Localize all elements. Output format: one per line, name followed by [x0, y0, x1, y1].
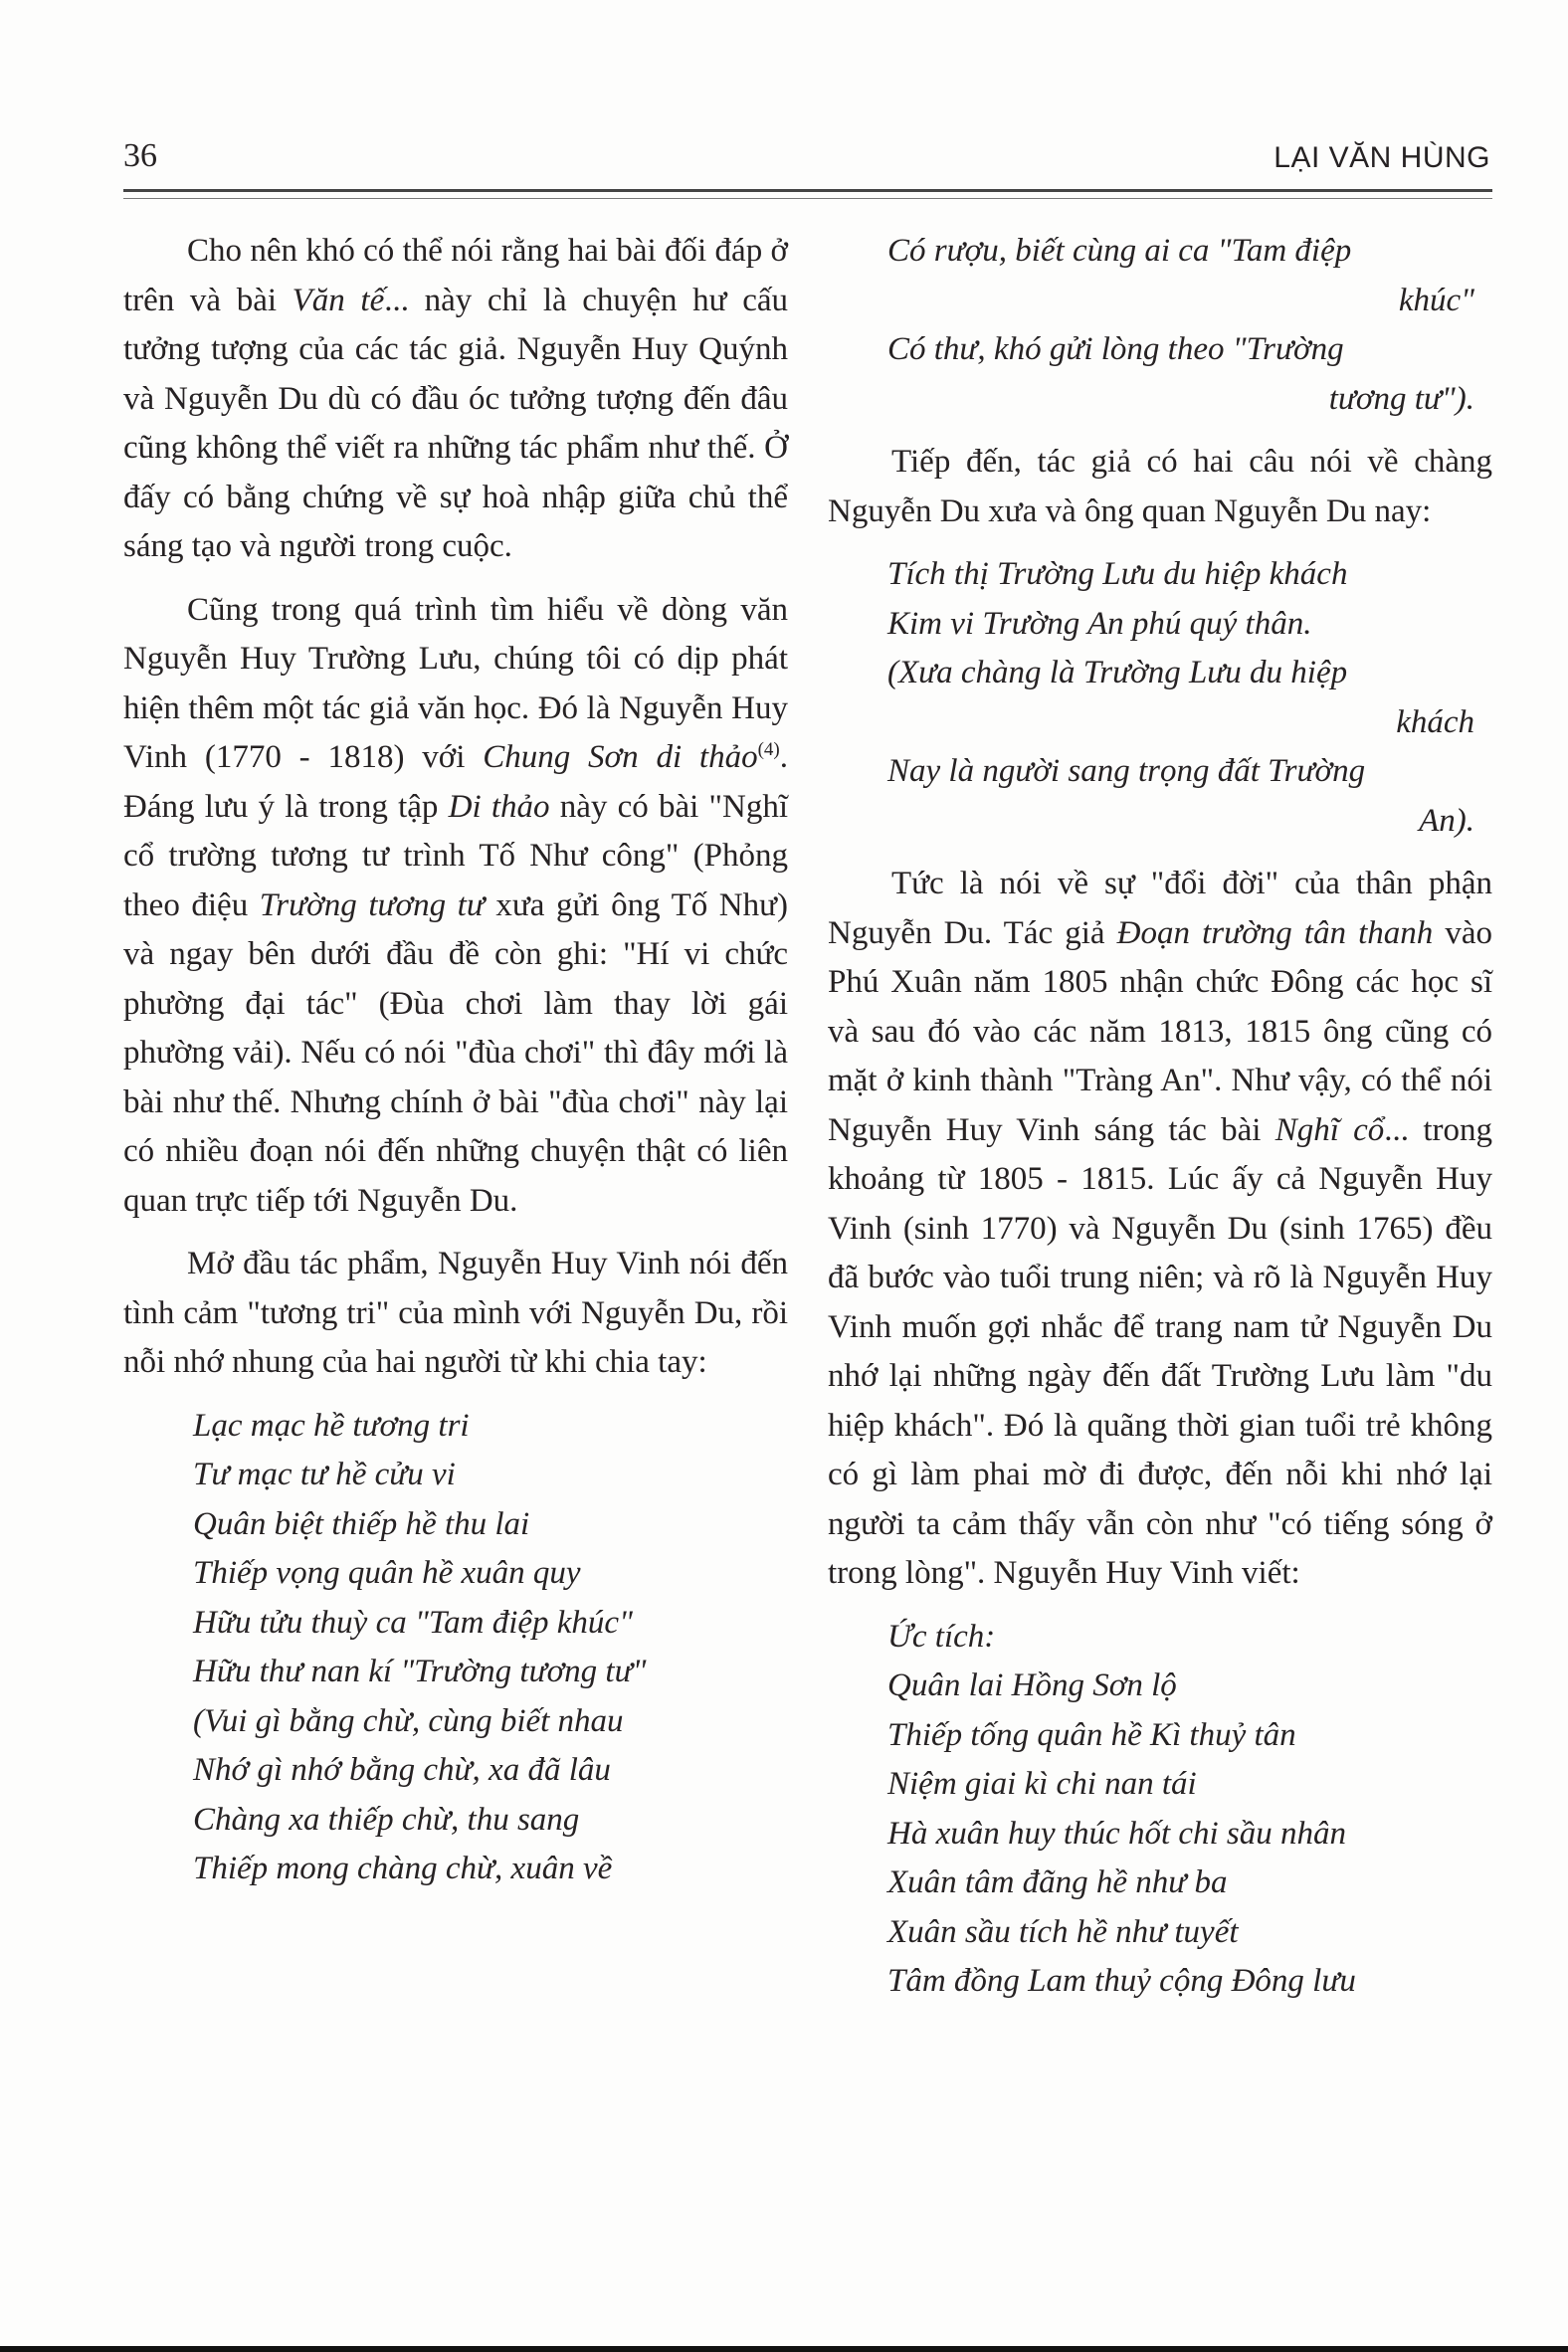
poem-excerpt-1-continued: Có rượu, biết cùng ai ca "Tam điệp khúc"… — [828, 227, 1492, 424]
poem-excerpt-2: Tích thị Trường Lưu du hiệp khách Kim vi… — [828, 550, 1492, 846]
verse-line-wrap: tương tư"). — [887, 375, 1492, 425]
verse-line: Hữu tửu thuỳ ca "Tam điệp khúc" — [193, 1599, 788, 1649]
verse-line-wrap: khách — [887, 698, 1492, 748]
verse-line: Niệm giai kì chi nan tái — [887, 1760, 1492, 1810]
right-column: Có rượu, biết cùng ai ca "Tam điệp khúc"… — [828, 227, 1492, 2007]
paragraph-1: Cho nên khó có thể nói rằng hai bài đối … — [123, 227, 788, 572]
verse-line: Tích thị Trường Lưu du hiệp khách — [887, 550, 1492, 600]
poem-excerpt-3: Ức tích: Quân lai Hồng Sơn lộ Thiếp tống… — [828, 1613, 1492, 2007]
scan-bottom-edge — [0, 2346, 1568, 2352]
verse-line: Tâm đồng Lam thuỷ cộng Đông lưu — [887, 1957, 1492, 2007]
page-number: 36 — [123, 137, 157, 175]
verse-line: Ức tích: — [887, 1613, 1492, 1663]
poem-excerpt-1: Lạc mạc hề tương tri Tư mạc tư hề cửu vi… — [123, 1402, 788, 1894]
verse-line-wrap: An). — [887, 797, 1492, 847]
verse-line: Kim vi Trường An phú quý thân. — [887, 600, 1492, 650]
paragraph-3: Mở đầu tác phẩm, Nguyễn Huy Vinh nói đến… — [123, 1240, 788, 1388]
verse-line: Tư mạc tư hề cửu vi — [193, 1451, 788, 1500]
verse-line: (Vui gì bằng chừ, cùng biết nhau — [193, 1697, 788, 1747]
verse-line: Có thư, khó gửi lòng theo "Trường — [887, 325, 1492, 375]
verse-line: Thiếp tống quân hề Kì thuỷ tân — [887, 1711, 1492, 1761]
paragraph-5: Tức là nói về sự "đổi đời" của thân phận… — [828, 860, 1492, 1599]
verse-line: Thiếp mong chàng chừ, xuân về — [193, 1845, 788, 1894]
verse-line: Xuân tâm đãng hề như ba — [887, 1859, 1492, 1908]
paragraph-2: Cũng trong quá trình tìm hiểu về dòng vă… — [123, 586, 788, 1227]
verse-line: Quân lai Hồng Sơn lộ — [887, 1662, 1492, 1711]
header-rule — [123, 189, 1492, 199]
verse-line: Nay là người sang trọng đất Trường — [887, 747, 1492, 797]
left-column: Cho nên khó có thể nói rằng hai bài đối … — [123, 227, 788, 1894]
paragraph-4: Tiếp đến, tác giả có hai câu nói về chàn… — [828, 438, 1492, 536]
verse-line: Lạc mạc hề tương tri — [193, 1402, 788, 1452]
verse-line: Quân biệt thiếp hề thu lai — [193, 1500, 788, 1550]
verse-line: Thiếp vọng quân hề xuân quy — [193, 1549, 788, 1599]
page-header: 36 LẠI VĂN HÙNG — [123, 137, 1490, 193]
verse-line: Nhớ gì nhớ bằng chừ, xa đã lâu — [193, 1746, 788, 1796]
running-head-author: LẠI VĂN HÙNG — [1274, 141, 1490, 175]
verse-line: Hữu thư nan kí "Trường tương tư" — [193, 1648, 788, 1697]
verse-line: Xuân sầu tích hề như tuyết — [887, 1908, 1492, 1958]
verse-line: Có rượu, biết cùng ai ca "Tam điệp — [887, 227, 1492, 277]
verse-line: Hà xuân huy thúc hốt chi sầu nhân — [887, 1810, 1492, 1860]
verse-line: (Xưa chàng là Trường Lưu du hiệp — [887, 649, 1492, 698]
verse-line: Chàng xa thiếp chừ, thu sang — [193, 1796, 788, 1846]
verse-line-wrap: khúc" — [887, 277, 1492, 326]
